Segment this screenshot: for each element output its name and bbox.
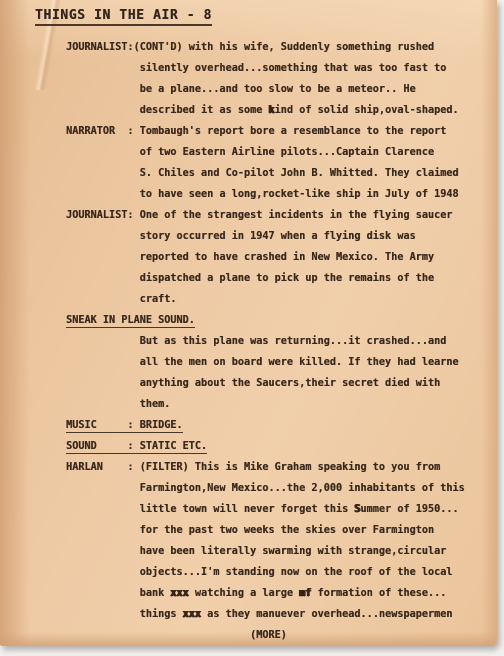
dialogue-line: bank xxx watching a large mf formation o… — [66, 583, 496, 604]
dialogue-line: S. Chiles and Co-pilot John B. Whitted. … — [66, 163, 496, 184]
dialogue-line: craft. — [66, 289, 496, 310]
dialogue-line: objects...I'm standing now on the roof o… — [66, 562, 496, 583]
dialogue-line: NARRATOR : Tombaugh's report bore a rese… — [66, 121, 496, 142]
line-text: ummer of 1950... — [360, 504, 458, 515]
dialogue-line: all the men on board were killed. If the… — [66, 352, 496, 373]
dialogue-line: silently overhead...something that was t… — [66, 58, 496, 79]
dialogue-line: be a plane...and too slow to be a meteor… — [66, 79, 496, 100]
dialogue-line: for the past two weeks the skies over Fa… — [66, 520, 496, 541]
typo-overstrike: xxx — [183, 609, 201, 620]
dialogue-line: them. — [66, 394, 496, 415]
script-page: THINGS IN THE AIR - 8 JOURNALIST:(CONT'D… — [0, 0, 497, 646]
dialogue-line: story occurred in 1947 when a flying dis… — [66, 226, 496, 247]
sound-cue-line: SOUND : STATIC ETC. — [66, 436, 496, 457]
more-marker: (MORE) — [66, 625, 496, 646]
dialogue-line: reported to have crashed in New Mexico. … — [66, 247, 496, 268]
typo-overstrike: xxx — [170, 588, 188, 599]
line-text: things — [66, 609, 183, 620]
line-text: watching a large — [189, 588, 299, 599]
line-text: ind of solid ship,oval-shaped. — [275, 105, 459, 116]
dialogue-line: things xxx as they manuever overhead...n… — [66, 604, 496, 625]
typo-overstrike: mf — [299, 588, 311, 599]
sound-cue-line: SNEAK IN PLANE SOUND. — [66, 310, 496, 331]
cue-text: SOUND : STATIC ETC. — [66, 441, 207, 454]
dialogue-line: little town will never forget this Summe… — [66, 499, 496, 520]
scanned-script-image: THINGS IN THE AIR - 8 JOURNALIST:(CONT'D… — [0, 0, 504, 656]
dialogue-line: described it as some kind of solid ship,… — [66, 100, 496, 121]
line-text: as they manuever overhead...newspapermen — [201, 609, 452, 620]
line-text: described it as some — [66, 105, 268, 116]
line-text: bank — [66, 588, 170, 599]
dialogue-line: anything about the Saucers,their secret … — [66, 373, 496, 394]
dialogue-line: Farmington,New Mexico...the 2,000 inhabi… — [66, 478, 496, 499]
music-cue-line: MUSIC : BRIDGE. — [66, 415, 496, 436]
line-text: formation of these... — [311, 588, 446, 599]
dialogue-line: have been literally swarming with strang… — [66, 541, 496, 562]
dialogue-line: to have seen a long,rocket-like ship in … — [66, 184, 496, 205]
dialogue-line: dispatched a plane to pick up the remain… — [66, 268, 496, 289]
dialogue-line: JOURNALIST: One of the strangest inciden… — [66, 205, 496, 226]
dialogue-line: But as this plane was returning...it cra… — [66, 331, 496, 352]
cue-text: MUSIC : BRIDGE. — [66, 420, 183, 433]
line-text: little town will never forget this — [66, 504, 354, 515]
page-title: THINGS IN THE AIR - 8 — [35, 8, 212, 26]
script-body: JOURNALIST:(CONT'D) with his wife, Sudde… — [66, 37, 496, 646]
dialogue-line: HARLAN : (FILTER) This is Mike Graham sp… — [66, 457, 496, 478]
dialogue-line: of two Eastern Airline pilots...Captain … — [66, 142, 496, 163]
cue-text: SNEAK IN PLANE SOUND. — [66, 315, 195, 328]
dialogue-line: JOURNALIST:(CONT'D) with his wife, Sudde… — [66, 37, 496, 58]
